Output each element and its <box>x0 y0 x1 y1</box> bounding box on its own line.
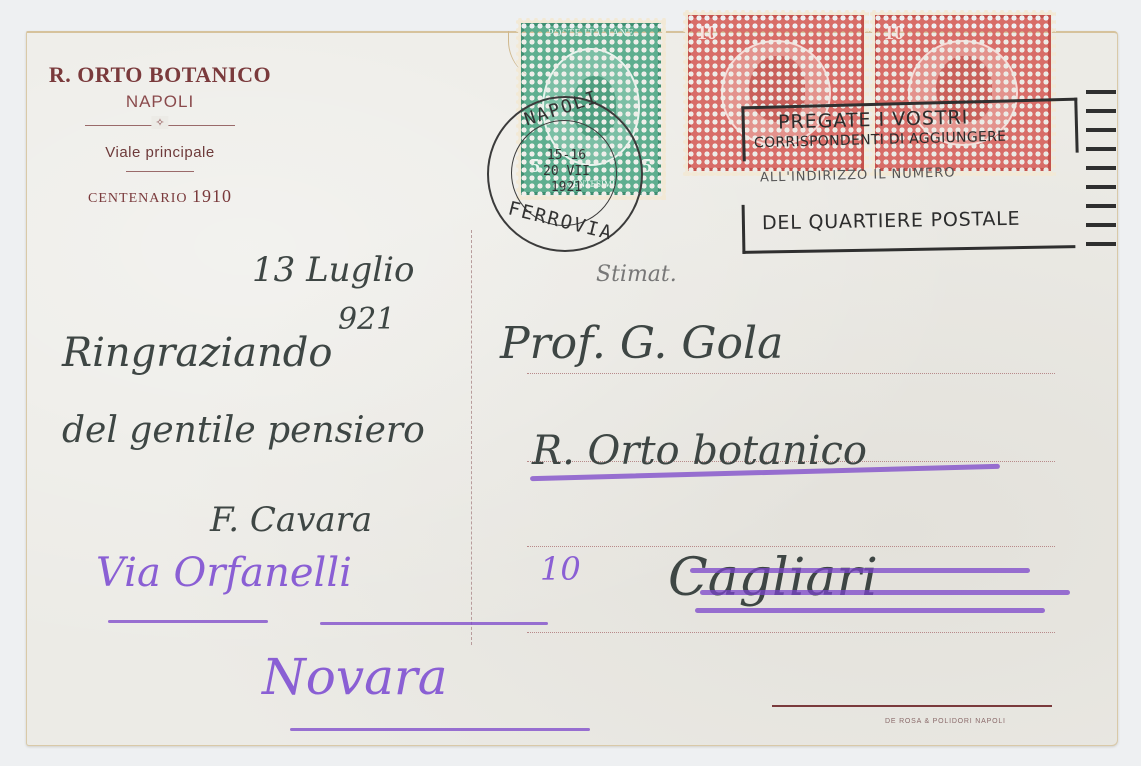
printed-header: R. ORTO BOTANICO NAPOLI ✧ Viale principa… <box>40 62 280 207</box>
cancel-bars <box>1086 90 1116 261</box>
message-line-1: Ringraziando <box>62 330 332 376</box>
header-caption: Viale principale <box>40 144 280 161</box>
postmark-date: 15-16 20 VII 1921 <box>543 148 590 196</box>
underline <box>320 622 548 625</box>
message-year: 921 <box>338 302 395 337</box>
strikethrough <box>690 568 1030 573</box>
circular-postmark: NAPOLI 15-16 20 VII 1921 FERROVIA <box>487 96 643 252</box>
address-institution: R. Orto botanico <box>532 428 867 474</box>
message-line-2: del gentile pensiero <box>62 410 425 451</box>
forward-city: Novara <box>262 648 448 706</box>
printer-rule <box>772 705 1052 707</box>
printer-credit: DE ROSA & POLIDORI NAPOLI <box>885 718 1006 725</box>
message-date: 13 Luglio <box>252 250 415 290</box>
vertical-divider <box>471 230 472 645</box>
caption-rule <box>126 171 194 172</box>
strikethrough <box>700 590 1070 595</box>
centenary-label: CENTENARIO 1910 <box>40 186 280 207</box>
signature: F. Cavara <box>210 500 372 540</box>
forward-number: 10 <box>540 550 581 588</box>
address-line-3 <box>527 546 1055 547</box>
underline <box>108 620 268 623</box>
address-salutation: Stimat. <box>596 262 677 287</box>
forward-street: Via Orfanelli <box>96 550 352 596</box>
header-title: R. ORTO BOTANICO <box>40 62 280 88</box>
address-line-1 <box>527 373 1055 374</box>
ornament-icon: ✧ <box>151 116 168 129</box>
address-line-4 <box>527 632 1055 633</box>
strikethrough <box>695 608 1045 613</box>
underline <box>290 728 590 731</box>
header-city: NAPOLI <box>40 92 280 112</box>
ornament-divider: ✧ <box>85 120 235 130</box>
address-city: Cagliari <box>668 548 878 608</box>
recipient-name: Prof. G. Gola <box>500 318 783 369</box>
